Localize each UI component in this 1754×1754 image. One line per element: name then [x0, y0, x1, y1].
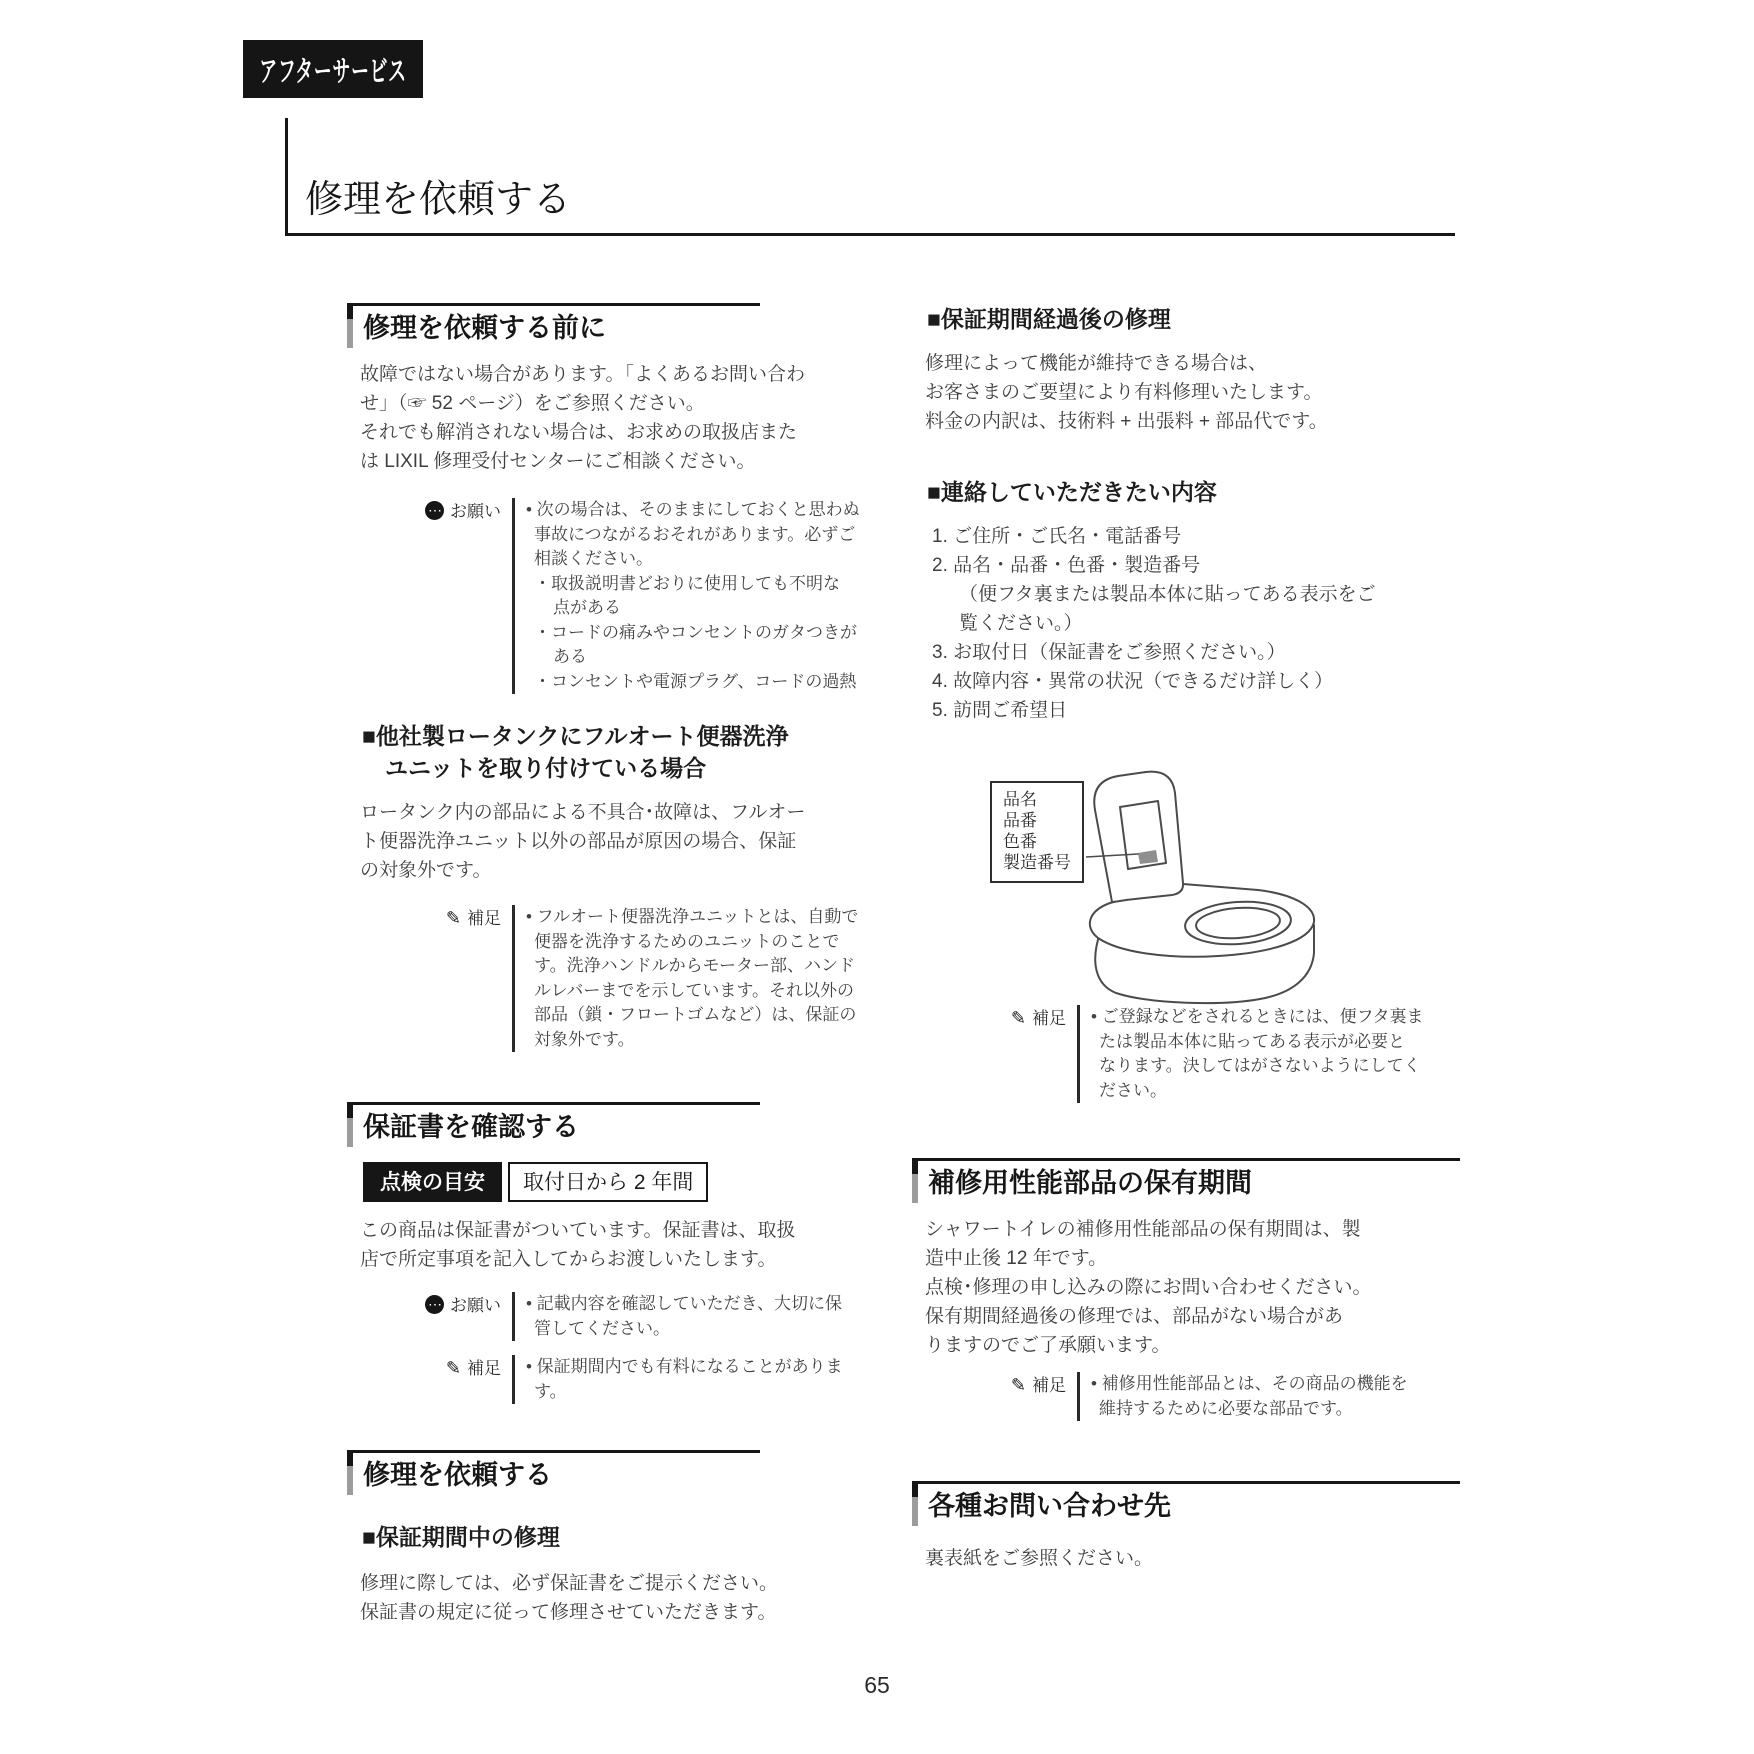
toilet-illustration	[1086, 765, 1416, 1005]
text-line: 維持するために必要な部品です。	[1091, 1397, 1460, 1422]
text-line: この商品は保証書がついています。保証書は、取扱	[360, 1216, 760, 1245]
label-callout-box: 品名品番色番製造番号	[990, 781, 1084, 883]
badge-value: 取付日から 2 年間	[508, 1162, 708, 1202]
right-column: ■保証期間経過後の修理 修理によって機能が維持できる場合は、お客さまのご要望によ…	[912, 303, 1460, 1627]
section-check-warranty: 保証書を確認する 点検の目安 取付日から 2 年間 この商品は保証書がついていま…	[347, 1102, 760, 1404]
note-label: ✎ 補足	[424, 1355, 512, 1404]
contact-info-list: 1. ご住所・ご氏名・電話番号2. 品名・品番・色番・製造番号（便フタ裏または製…	[932, 522, 1460, 725]
page-number: 65	[0, 1672, 1754, 1699]
text-line: 店で所定事項を記入してからお渡しいたします。	[360, 1245, 760, 1274]
body-paragraph: 裏表紙をご参照ください。	[925, 1544, 1460, 1573]
text-line: お客さまのご要望により有料修理いたします。	[925, 378, 1460, 407]
left-column: 修理を依頼する前に 故障ではない場合があります。「よくあるお問い合わせ」（☞ 5…	[347, 303, 760, 1627]
text-line: 色番	[1003, 831, 1071, 852]
badge-label: 点検の目安	[363, 1162, 502, 1202]
section-inquiries: 各種お問い合わせ先 裏表紙をご参照ください。	[912, 1481, 1460, 1573]
text-line: • 次の場合は、そのままにしておくと思わぬ	[526, 498, 860, 523]
body-paragraph: この商品は保証書がついています。保証書は、取扱店で所定事項を記入してからお渡しい…	[360, 1216, 760, 1274]
note-label: ⋯ お願い	[424, 1292, 512, 1341]
text-line: ある	[526, 645, 860, 670]
note-content: • ご登録などをされるときには、便フタ裏または製品本体に貼ってある表示が必要とな…	[1077, 1005, 1460, 1103]
text-line: たは製品本体に貼ってある表示が必要と	[1091, 1030, 1460, 1055]
speech-dots-icon: ⋯	[425, 501, 444, 520]
text-line: 覧ください。）	[932, 609, 1460, 638]
page-title: 修理を依頼する	[305, 168, 571, 223]
body-paragraph: 修理によって機能が維持できる場合は、お客さまのご要望により有料修理いたします。料…	[925, 349, 1460, 436]
text-line: シャワートイレの補修用性能部品の保有期間は、製	[925, 1215, 1460, 1244]
text-line: 料金の内訳は、技術料 + 出張料 + 部品代です。	[925, 407, 1460, 436]
onegai-note: ⋯ お願い • 記載内容を確認していただき、大切に保管してください。	[424, 1292, 760, 1341]
speech-dots-icon: ⋯	[425, 1295, 444, 1314]
text-line: 故障ではない場合があります。「よくあるお問い合わ	[360, 360, 760, 389]
hosoku-note: ✎ 補足 • 補修用性能部品とは、その商品の機能を維持するために必要な部品です。	[989, 1372, 1460, 1421]
heading-bar	[912, 1484, 918, 1526]
pencil-icon: ✎	[446, 1357, 461, 1379]
note-label-text: 補足	[1032, 1374, 1066, 1399]
section-heading-text: 修理を依頼する	[363, 1457, 552, 1495]
section-heading: 修理を依頼する	[347, 1453, 760, 1495]
text-line: ルレバーまでを示しています。それ以外の	[526, 979, 858, 1004]
note-content: • 次の場合は、そのままにしておくと思わぬ事故につながるおそれがあります。必ずご…	[512, 498, 860, 694]
subsection-heading-in-warranty: ■保証期間中の修理	[362, 1521, 760, 1553]
text-line: 事故につながるおそれがあります。必ずご	[526, 523, 860, 548]
body-paragraph: 修理に際しては、必ず保証書をご提示ください。保証書の規定に従って修理させていただ…	[360, 1569, 760, 1627]
section-heading: 補修用性能部品の保有期間	[912, 1161, 1460, 1203]
text-line: ・取扱説明書どおりに使用しても不明な	[526, 572, 860, 597]
text-line: す。	[526, 1380, 843, 1405]
text-line: なります。決してはがさないようにしてく	[1091, 1054, 1460, 1079]
pencil-icon: ✎	[1011, 1007, 1026, 1029]
text-line: それでも解消されない場合は、お求めの取扱店また	[360, 418, 760, 447]
content-columns: 修理を依頼する前に 故障ではない場合があります。「よくあるお問い合わせ」（☞ 5…	[347, 303, 1460, 1627]
text-line: ロータンク内の部品による不具合･故障は、フルオー	[360, 798, 760, 827]
text-line: 相談ください。	[526, 547, 860, 572]
note-label: ✎ 補足	[989, 1005, 1077, 1103]
section-heading: 保証書を確認する	[347, 1105, 760, 1147]
product-label-figure: 品名品番色番製造番号	[912, 765, 1460, 1005]
text-line: ださい。	[1091, 1079, 1460, 1104]
text-line: 1. ご住所・ご氏名・電話番号	[932, 522, 1460, 551]
text-line: す。洗浄ハンドルからモーター部、ハンド	[526, 954, 858, 979]
text-line: 3. お取付日（保証書をご参照ください。）	[932, 638, 1460, 667]
subsection-heading-other-tank: ■他社製ロータンクにフルオート便器洗浄 ユニットを取り付けている場合	[362, 720, 760, 784]
note-content: • 記載内容を確認していただき、大切に保管してください。	[512, 1292, 842, 1341]
note-label: ✎ 補足	[424, 905, 512, 1052]
section-heading: 修理を依頼する前に	[347, 306, 760, 348]
pencil-icon: ✎	[1011, 1374, 1026, 1396]
text-line: • ご登録などをされるときには、便フタ裏ま	[1091, 1005, 1460, 1030]
text-line: （便フタ裏または製品本体に貼ってある表示をご	[932, 580, 1460, 609]
text-line: 管してください。	[526, 1317, 842, 1342]
text-line: 4. 故障内容・異常の状況（できるだけ詳しく）	[932, 667, 1460, 696]
text-line: 点検･修理の申し込みの際にお問い合わせください。	[925, 1273, 1460, 1302]
hosoku-note: ✎ 補足 • ご登録などをされるときには、便フタ裏または製品本体に貼ってある表示…	[989, 1005, 1460, 1103]
text-line: 2. 品名・品番・色番・製造番号	[932, 551, 1460, 580]
section-tag-box: アフターサービス	[243, 40, 423, 98]
text-line: は LIXIL 修理受付センターにご相談ください。	[360, 447, 760, 476]
note-label: ✎ 補足	[989, 1372, 1077, 1421]
page-title-block: 修理を依頼する	[285, 118, 1455, 236]
text-line: せ」（☞ 52 ページ）をご参照ください。	[360, 389, 760, 418]
text-line: ・コンセントや電源プラグ、コードの過熱	[526, 670, 860, 695]
note-label-text: 補足	[467, 1357, 501, 1382]
text-line: ■他社製ロータンクにフルオート便器洗浄	[362, 720, 760, 752]
body-paragraph: 故障ではない場合があります。「よくあるお問い合わせ」（☞ 52 ページ）をご参照…	[360, 360, 760, 476]
subsection-heading-after-warranty: ■保証期間経過後の修理	[927, 303, 1460, 335]
note-content: • 補修用性能部品とは、その商品の機能を維持するために必要な部品です。	[1077, 1372, 1460, 1421]
text-line: 5. 訪問ご希望日	[932, 696, 1460, 725]
section-heading: 各種お問い合わせ先	[912, 1484, 1460, 1526]
heading-bar	[912, 1161, 918, 1203]
text-line: 修理に際しては、必ず保証書をご提示ください。	[360, 1569, 760, 1598]
text-line: 製造番号	[1003, 852, 1071, 873]
text-line: • 補修用性能部品とは、その商品の機能を	[1091, 1372, 1460, 1397]
text-line: • 保証期間内でも有料になることがありま	[526, 1355, 843, 1380]
text-line: 品名	[1003, 789, 1071, 810]
text-line: 保有期間経過後の修理では、部品がない場合があ	[925, 1302, 1460, 1331]
inspection-guide-badge: 点検の目安 取付日から 2 年間	[363, 1162, 760, 1202]
text-line: 保証書の規定に従って修理させていただきます。	[360, 1598, 760, 1627]
text-line: 便器を洗浄するためのユニットのことで	[526, 930, 858, 955]
body-paragraph: シャワートイレの補修用性能部品の保有期間は、製造中止後 12 年です。点検･修理…	[925, 1215, 1460, 1360]
body-paragraph: ロータンク内の部品による不具合･故障は、フルオート便器洗浄ユニット以外の部品が原…	[360, 798, 760, 885]
section-before-repair: 修理を依頼する前に 故障ではない場合があります。「よくあるお問い合わせ」（☞ 5…	[347, 303, 760, 694]
text-line: • 記載内容を確認していただき、大切に保	[526, 1292, 842, 1317]
hosoku-note: ✎ 補足 • フルオート便器洗浄ユニットとは、自動で便器を洗浄するためのユニット…	[424, 905, 760, 1052]
text-line: 裏表紙をご参照ください。	[925, 1544, 1460, 1573]
section-heading-text: 保証書を確認する	[363, 1109, 579, 1147]
text-line: 対象外です。	[526, 1028, 858, 1053]
text-line: の対象外です。	[360, 856, 760, 885]
text-line: 品番	[1003, 810, 1071, 831]
section-tag-label: アフターサービス	[259, 49, 407, 90]
section-heading-text: 修理を依頼する前に	[363, 310, 606, 348]
pencil-icon: ✎	[446, 907, 461, 929]
heading-bar	[347, 1453, 353, 1495]
note-label-text: 補足	[1032, 1007, 1066, 1032]
note-label-text: お願い	[450, 1294, 501, 1319]
onegai-note: ⋯ お願い • 次の場合は、そのままにしておくと思わぬ事故につながるおそれがあり…	[424, 498, 760, 694]
text-line: ・コードの痛みやコンセントのガタつきが	[526, 621, 860, 646]
heading-bar	[347, 306, 353, 348]
text-line: 造中止後 12 年です。	[925, 1244, 1460, 1273]
text-line: りますのでご了承願います。	[925, 1331, 1460, 1360]
text-line: ト便器洗浄ユニット以外の部品が原因の場合、保証	[360, 827, 760, 856]
text-line: 修理によって機能が維持できる場合は、	[925, 349, 1460, 378]
section-heading-text: 各種お問い合わせ先	[928, 1488, 1171, 1526]
note-label-text: 補足	[467, 907, 501, 932]
manual-page: アフターサービス 修理を依頼する 修理を依頼する前に 故障ではない場合があります…	[0, 0, 1754, 1754]
hosoku-note: ✎ 補足 • 保証期間内でも有料になることがあります。	[424, 1355, 760, 1404]
note-label-text: お願い	[450, 500, 501, 525]
subsection-heading-contact-info: ■連絡していただきたい内容	[927, 476, 1460, 508]
heading-bar	[347, 1105, 353, 1147]
text-line: 点がある	[526, 596, 860, 621]
text-line: 部品（鎖・フロートゴムなど）は、保証の	[526, 1003, 858, 1028]
note-content: • 保証期間内でも有料になることがあります。	[512, 1355, 843, 1404]
section-parts-retention: 補修用性能部品の保有期間 シャワートイレの補修用性能部品の保有期間は、製造中止後…	[912, 1158, 1460, 1421]
section-request-repair: 修理を依頼する ■保証期間中の修理 修理に際しては、必ず保証書をご提示ください。…	[347, 1450, 760, 1627]
text-line: ユニットを取り付けている場合	[362, 752, 760, 784]
text-line: • フルオート便器洗浄ユニットとは、自動で	[526, 905, 858, 930]
note-content: • フルオート便器洗浄ユニットとは、自動で便器を洗浄するためのユニットのことです…	[512, 905, 858, 1052]
note-label: ⋯ お願い	[424, 498, 512, 694]
section-heading-text: 補修用性能部品の保有期間	[928, 1165, 1252, 1203]
